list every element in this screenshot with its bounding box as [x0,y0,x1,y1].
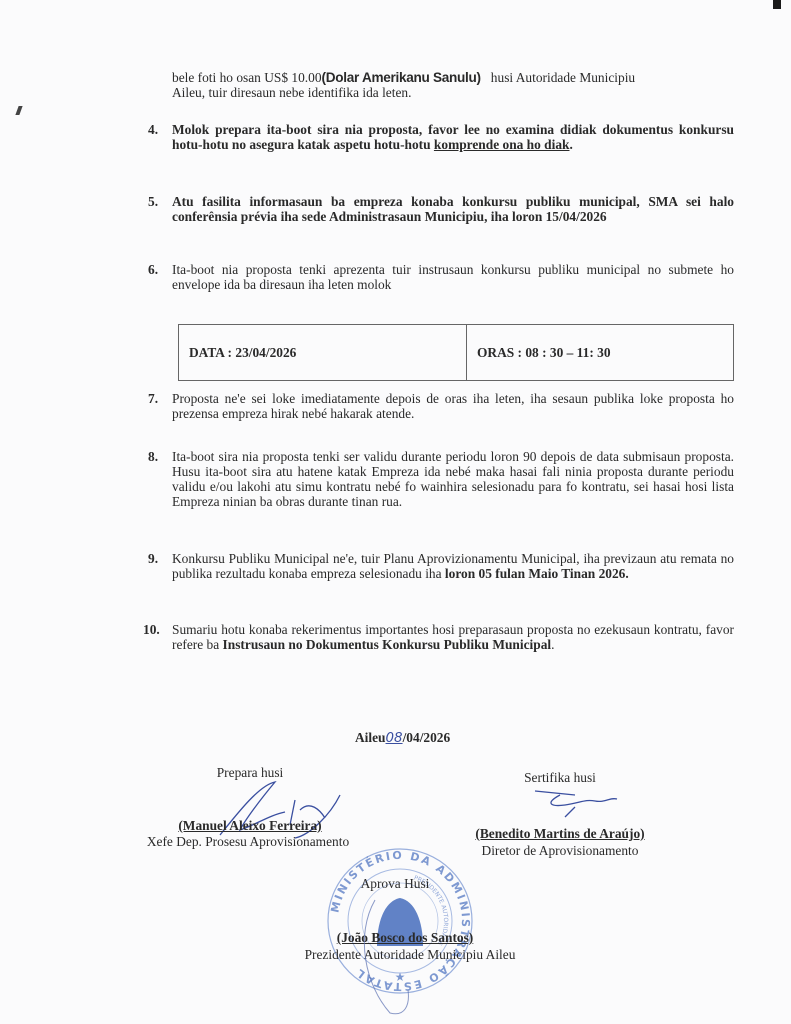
text: . [569,137,572,152]
prepared-label: Prepara husi [170,765,330,781]
text: bele foti ho osan US$ 10.00 [172,70,322,85]
submission-date: DATA : 23/04/2026 [179,325,467,380]
item-number: 8. [148,449,158,465]
item-number: 6. [148,262,158,278]
scan-corner-mark [773,0,781,9]
official-stamp: MINISTÉRIO DA ADMINISTRAÇÃO ESTATAL PRES… [325,846,475,996]
approved-label: Aprova Husi [340,876,450,892]
bold-text: loron 05 fulan Maio Tinan 2026. [445,566,629,581]
text: . [551,637,554,652]
scan-stray-mark [15,106,22,115]
underlined-text: komprende ona ho diak [434,137,570,152]
item-number: 10. [143,622,160,638]
certified-title: Diretor de Aprovisionamento [455,843,665,859]
list-item-7: Proposta ne'e sei loke imediatamente dep… [172,391,734,421]
list-item-5: Atu fasilita informasaun ba empreza kona… [172,194,734,224]
month-year: 04/2026 [406,730,450,745]
place-date: Aileu08/04/2026 [355,730,450,746]
approved-title: Prezidente Autoridade Municipiu Aileu [270,947,550,963]
submission-hours: ORAS : 08 : 30 – 11: 30 [467,325,733,380]
list-item-6: Ita-boot nia proposta tenki aprezenta tu… [172,262,734,292]
certified-name: (Benedito Martins de Araújo) [455,826,665,842]
list-item-4: Molok prepara ita-boot sira nia proposta… [172,122,734,152]
svg-text:★: ★ [395,970,406,984]
item-number: 7. [148,391,158,407]
list-item-10: Sumariu hotu konaba rekerimentus importa… [172,622,734,652]
item-3-continuation: bele foti ho osan US$ 10.00(Dolar Amerik… [172,70,742,100]
submission-schedule-table: DATA : 23/04/2026 ORAS : 08 : 30 – 11: 3… [178,324,734,381]
handwritten-day: 08 [386,731,403,746]
prepared-name: (Manuel Aleixo Ferreira) [150,818,350,834]
place: Aileu [355,730,386,745]
signature-certified [525,785,625,820]
text: husi Autoridade Municipiu [491,70,635,85]
item-number: 5. [148,194,158,210]
list-item-9: Konkursu Publiku Municipal ne'e, tuir Pl… [172,551,734,581]
item-number: 9. [148,551,158,567]
bold-text: Instrusaun no Dokumentus Konkursu Publik… [223,637,552,652]
approved-name: (João Bosco dos Santos) [310,930,500,946]
text: Aileu, tuir diresaun nebe identifika ida… [172,85,411,100]
document-page: bele foti ho osan US$ 10.00(Dolar Amerik… [0,0,791,1024]
certified-label: Sertifika husi [490,770,630,786]
amount-in-words: (Dolar Amerikanu Sanulu) [322,70,481,85]
item-number: 4. [148,122,158,138]
list-item-8: Ita-boot sira nia proposta tenki ser val… [172,449,734,509]
